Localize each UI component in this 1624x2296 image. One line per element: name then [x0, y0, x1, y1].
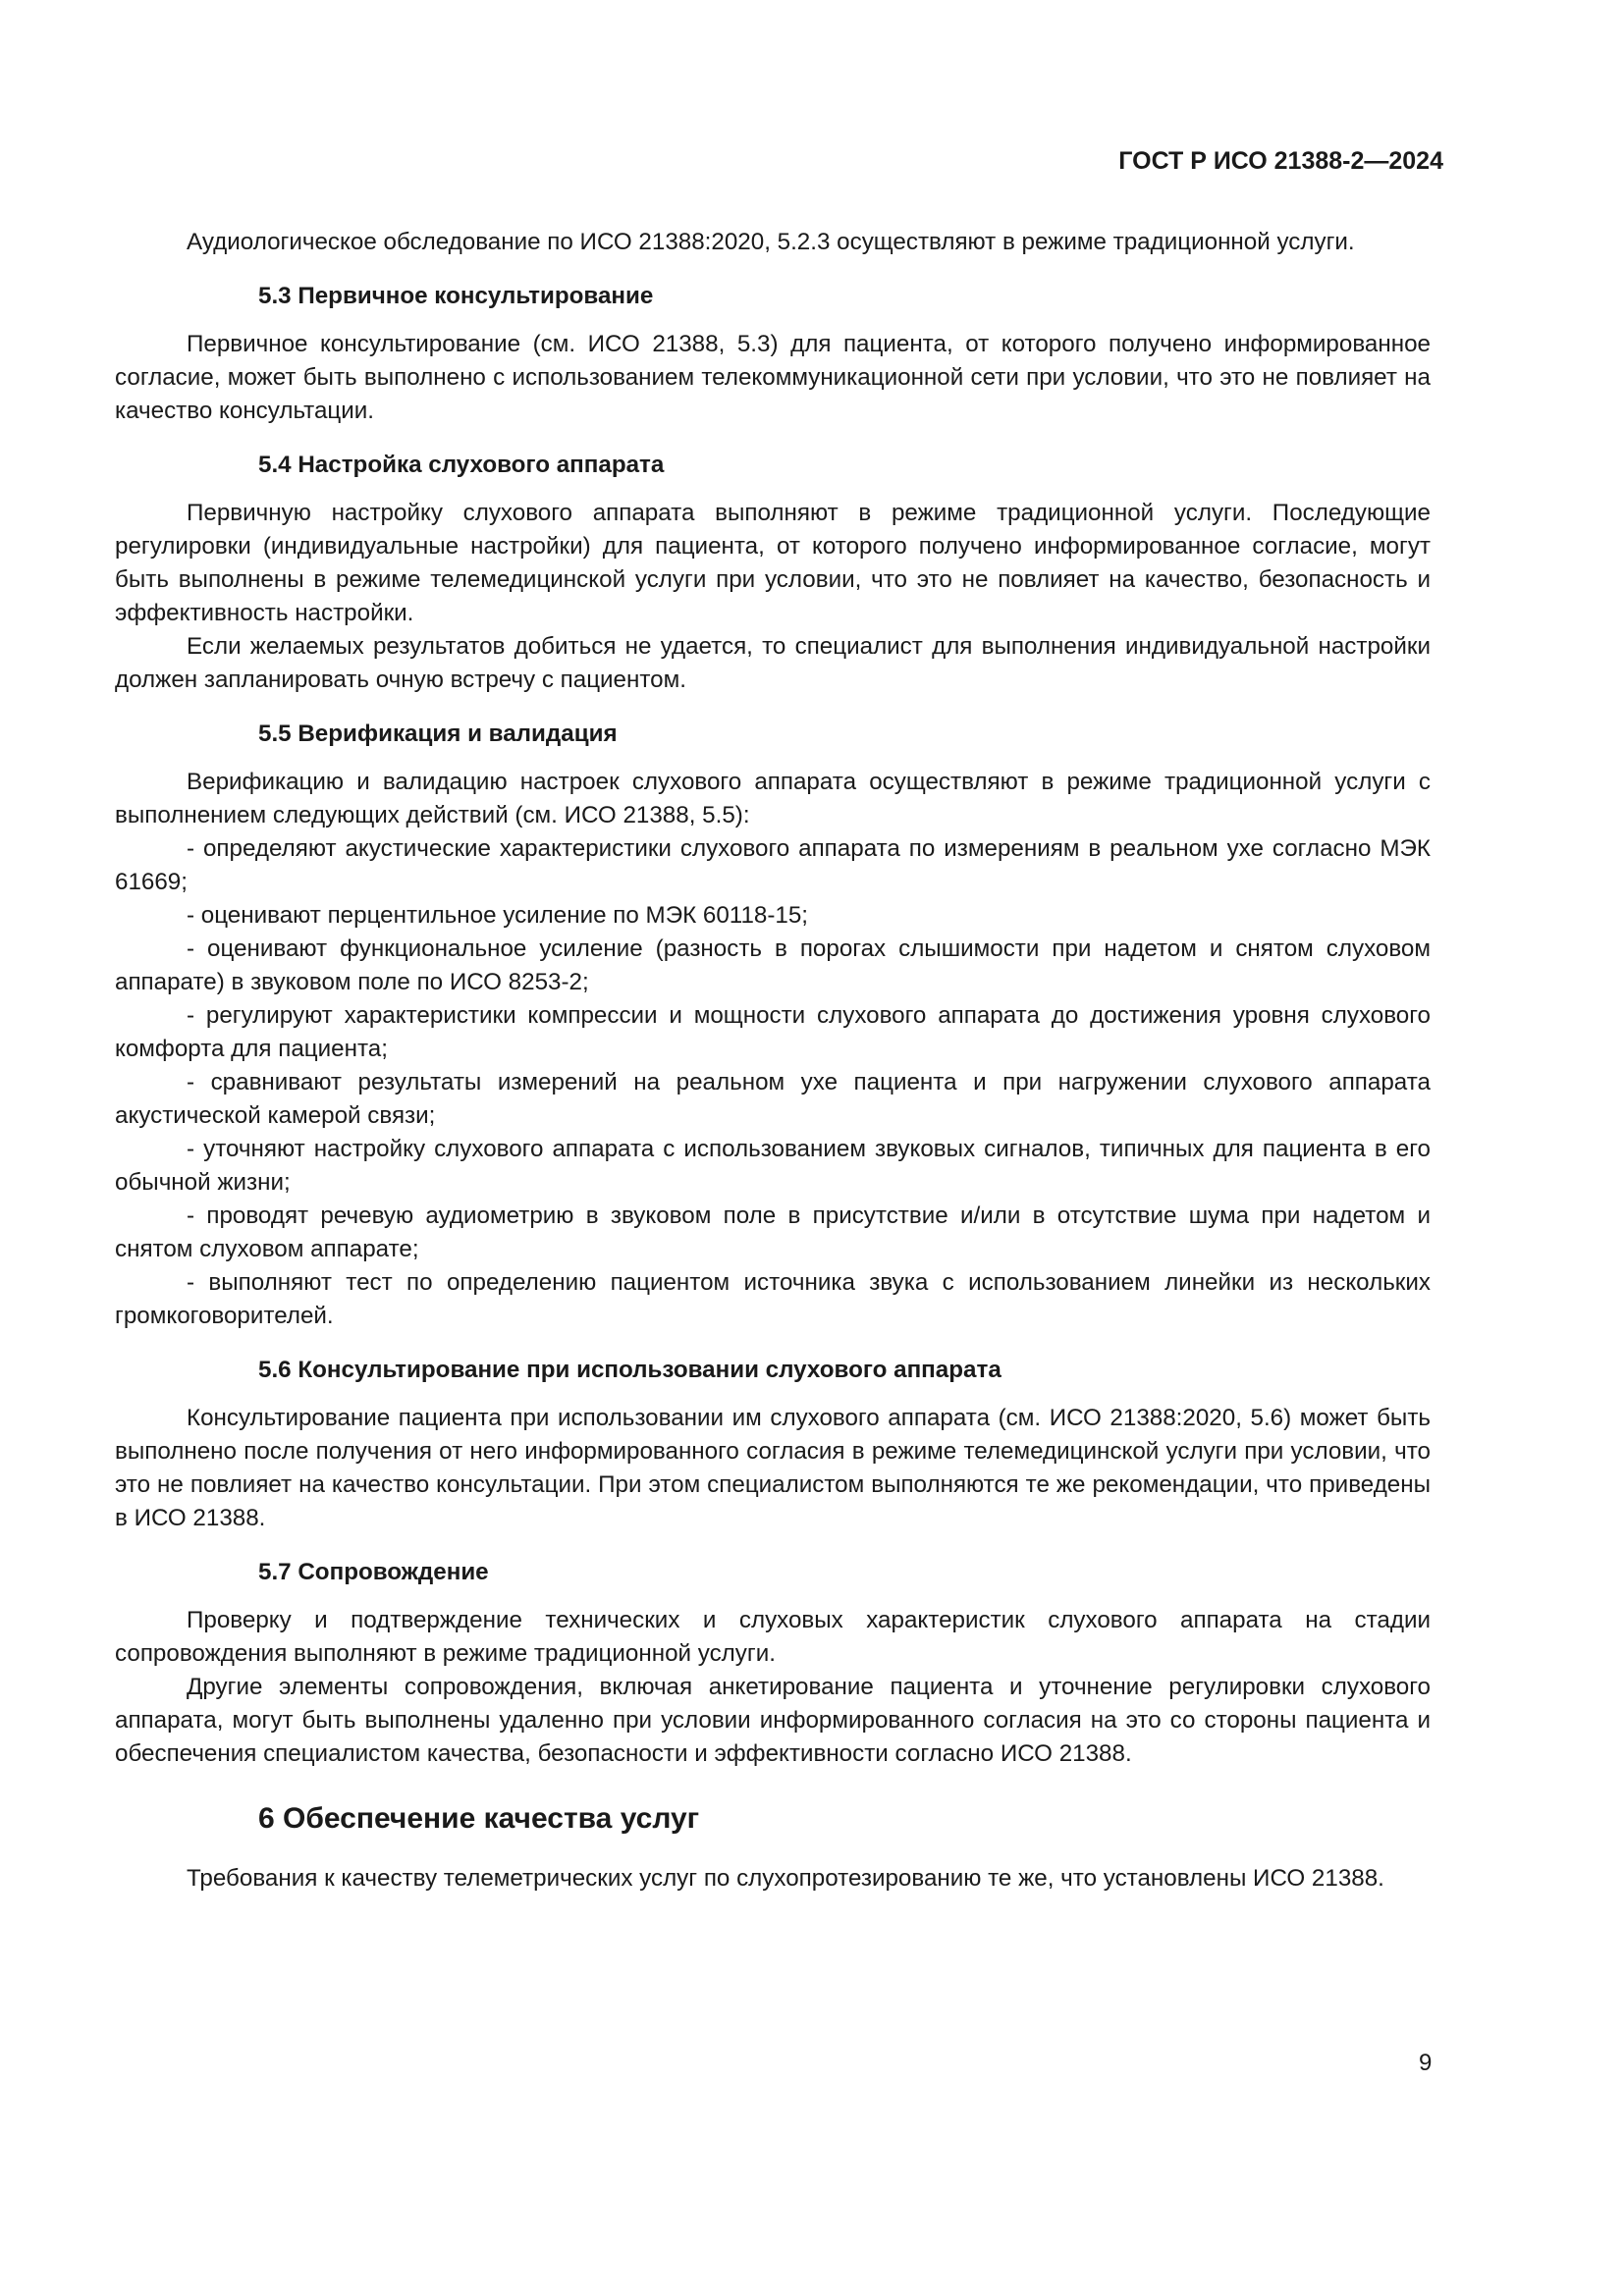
- paragraph: Проверку и подтверждение технических и с…: [115, 1604, 1431, 1671]
- paragraph: Требования к качеству телеметрических ус…: [115, 1862, 1431, 1896]
- document-body: Аудиологическое обследование по ИСО 2138…: [115, 226, 1431, 1896]
- list-item: - проводят речевую аудиометрию в звуково…: [115, 1200, 1431, 1266]
- list-item: - уточняют настройку слухового аппарата …: [115, 1133, 1431, 1200]
- section-heading: 5.7 Сопровождение: [187, 1556, 1431, 1589]
- list-item: - сравнивают результаты измерений на реа…: [115, 1066, 1431, 1133]
- list-item: - определяют акустические характеристики…: [115, 832, 1431, 899]
- document-header-id: ГОСТ Р ИСО 21388-2—2024: [1118, 147, 1443, 176]
- section-heading: 5.4 Настройка слухового аппарата: [187, 449, 1431, 482]
- page-number: 9: [1419, 2050, 1432, 2077]
- section-heading: 5.6 Консультирование при использовании с…: [187, 1354, 1431, 1387]
- chapter-heading: 6 Обеспечение качества услуг: [187, 1799, 1431, 1839]
- paragraph: Если желаемых результатов добиться не уд…: [115, 630, 1431, 697]
- paragraph: Первичную настройку слухового аппарата в…: [115, 497, 1431, 630]
- list-item: - оценивают перцентильное усиление по МЭ…: [115, 899, 1431, 933]
- paragraph: Аудиологическое обследование по ИСО 2138…: [115, 226, 1431, 259]
- paragraph: Верификацию и валидацию настроек слухово…: [115, 766, 1431, 832]
- list-item: - регулируют характеристики компрессии и…: [115, 999, 1431, 1066]
- section-heading: 5.3 Первичное консультирование: [187, 280, 1431, 313]
- list-item: - оценивают функциональное усиление (раз…: [115, 933, 1431, 999]
- section-heading: 5.5 Верификация и валидация: [187, 718, 1431, 751]
- paragraph: Первичное консультирование (см. ИСО 2138…: [115, 328, 1431, 428]
- paragraph: Другие элементы сопровождения, включая а…: [115, 1671, 1431, 1771]
- list-item: - выполняют тест по определению пациенто…: [115, 1266, 1431, 1333]
- paragraph: Консультирование пациента при использова…: [115, 1402, 1431, 1535]
